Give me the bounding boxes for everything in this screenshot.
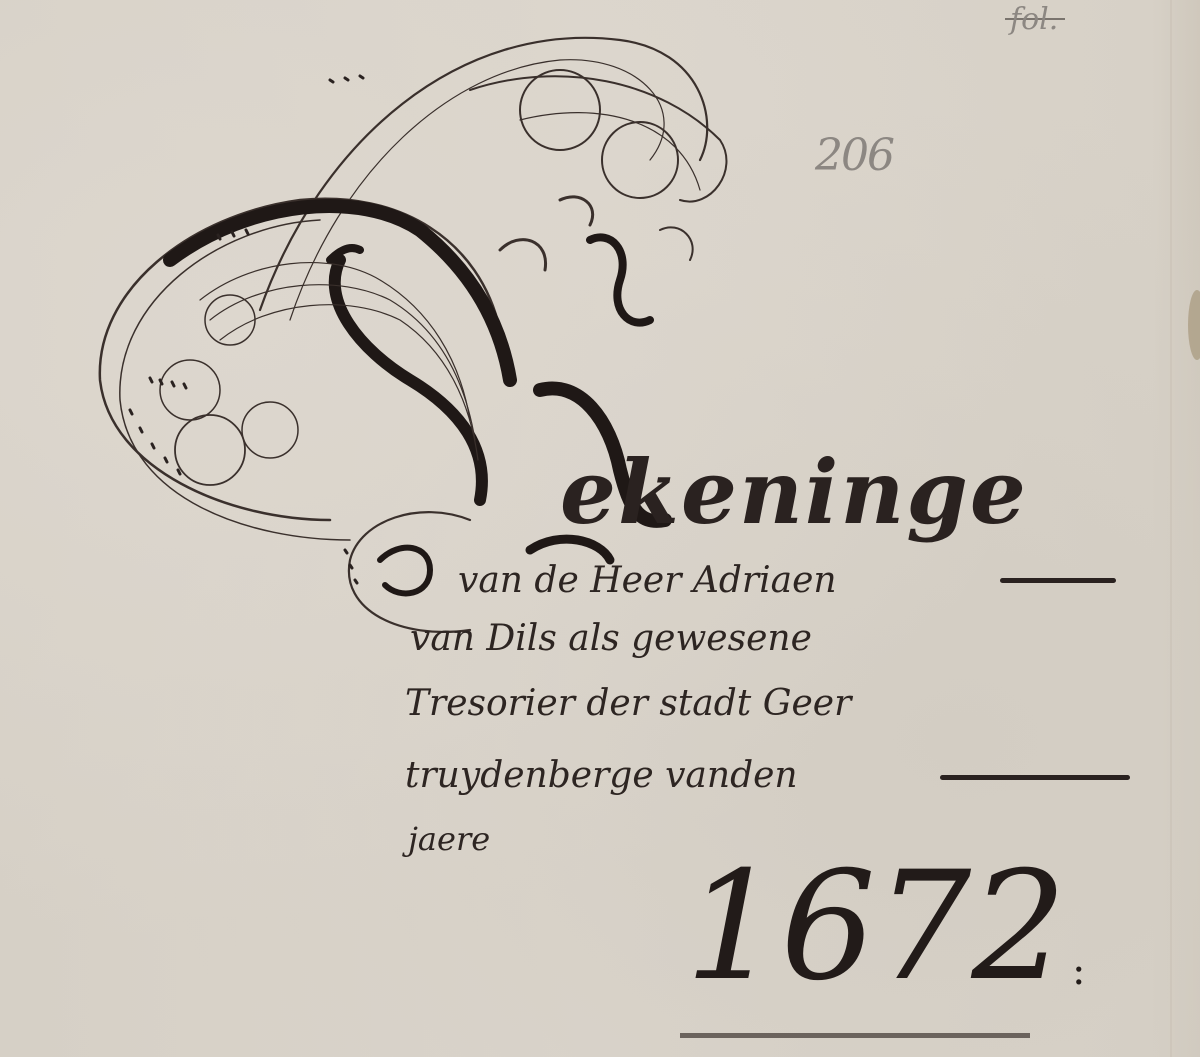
document-title: ekeninge: [560, 440, 1028, 544]
line-filler-stroke: [940, 775, 1130, 780]
year-underline: [680, 1033, 1030, 1038]
text-line-2: van Dils als gewesene: [410, 618, 812, 659]
text-line-4: truydenberge vanden: [405, 755, 798, 796]
document-year: 1672: [685, 840, 1067, 1014]
text-line-5: jaere: [408, 820, 490, 858]
text-line-3: Tresorier der stadt Geer: [405, 683, 851, 724]
text-line-1: van de Heer Adriaen: [458, 560, 837, 601]
year-punctuation: :: [1072, 948, 1085, 994]
line-filler-stroke: [1000, 578, 1116, 583]
title-rest: ekeninge: [560, 440, 1028, 544]
